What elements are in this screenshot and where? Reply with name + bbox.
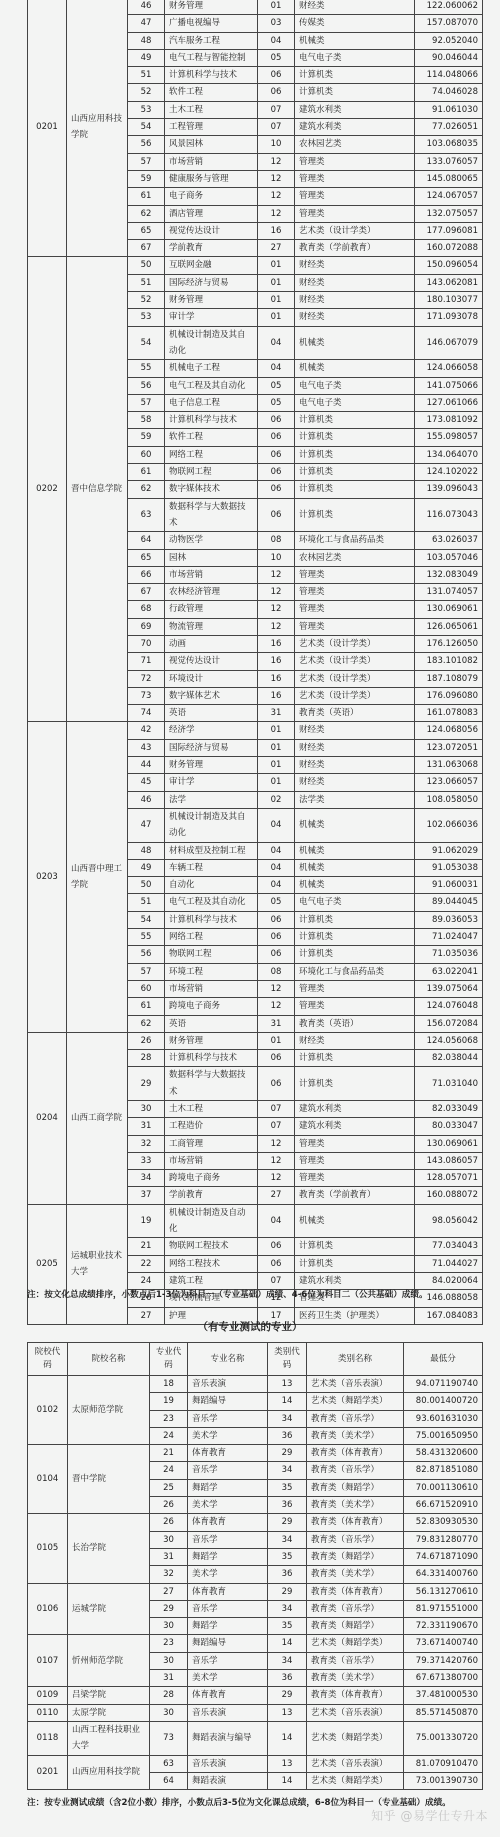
major-name: 动物医学	[165, 532, 258, 549]
min-score: 124.068056	[415, 722, 483, 739]
min-score: 145.080065	[415, 170, 483, 187]
category-name: 教育类（美术学）	[307, 1670, 404, 1687]
category-name: 教育类（体育教育）	[307, 1514, 404, 1531]
major-name: 体育教育	[188, 1445, 268, 1462]
category-code: 06	[258, 929, 295, 946]
category-code: 06	[258, 412, 295, 429]
major-code: 28	[128, 1050, 165, 1067]
table-note-general: 注：按文化总成绩排序，小数点后1-3位为科目一（专业基础）成绩、4-6位为科目二…	[27, 1288, 497, 1302]
min-score: 74.046028	[415, 84, 483, 101]
min-score: 132.083049	[415, 566, 483, 583]
min-score: 81.070910470	[404, 1755, 483, 1772]
min-score: 139.075064	[415, 980, 483, 997]
min-score: 98.056042	[415, 1204, 483, 1238]
category-name: 艺术类（设计学类）	[295, 653, 415, 670]
major-name: 经济学	[165, 722, 258, 739]
major-name: 美术学	[188, 1427, 268, 1444]
major-name: 市场营销	[165, 1152, 258, 1169]
category-name: 管理类	[295, 566, 415, 583]
category-code: 36	[268, 1427, 307, 1444]
major-code: 60	[128, 446, 165, 463]
major-name: 计算机科学与技术	[165, 911, 258, 928]
category-code: 01	[258, 757, 295, 774]
major-code: 71	[128, 653, 165, 670]
category-code: 04	[258, 1204, 295, 1238]
header-school-name: 院校名称	[68, 1343, 150, 1376]
major-name: 材料成型及控制工程	[165, 842, 258, 859]
category-name: 电气电子类	[295, 377, 415, 394]
min-score: 187.108079	[415, 670, 483, 687]
school-code: 0118	[28, 1721, 68, 1755]
min-score: 93.601631030	[404, 1410, 483, 1427]
header-min-score: 最低分	[404, 1343, 483, 1376]
school-name: 山西应用科技学院	[68, 1755, 150, 1790]
major-code: 24	[150, 1427, 188, 1444]
major-code: 28	[150, 1687, 188, 1704]
category-name: 教育类（音乐学）	[307, 1652, 404, 1669]
category-name: 计算机类	[295, 412, 415, 429]
min-score: 171.093078	[415, 309, 483, 326]
category-code: 12	[258, 205, 295, 222]
min-score: 80.033047	[415, 1118, 483, 1135]
category-code: 08	[258, 963, 295, 980]
major-code: 47	[128, 15, 165, 32]
major-name: 物联网工程	[165, 464, 258, 481]
category-code: 06	[258, 481, 295, 498]
category-name: 计算机类	[295, 929, 415, 946]
category-name: 教育类（舞蹈学）	[307, 1479, 404, 1496]
major-name: 网络工程	[165, 929, 258, 946]
major-name: 财务管理	[165, 1032, 258, 1049]
major-code: 26	[128, 1032, 165, 1049]
min-score: 71.035036	[415, 946, 483, 963]
category-name: 环境化工与食品药品类	[295, 532, 415, 549]
min-score: 161.078083	[415, 705, 483, 722]
min-score: 91.061030	[415, 101, 483, 118]
major-name: 体育教育	[188, 1687, 268, 1704]
category-code: 12	[258, 153, 295, 170]
major-code: 42	[128, 722, 165, 739]
min-score: 124.067057	[415, 188, 483, 205]
min-score: 72.331190670	[404, 1618, 483, 1635]
school-code: 0203	[28, 722, 67, 1032]
category-name: 计算机类	[295, 498, 415, 532]
major-name: 市场营销	[165, 153, 258, 170]
major-name: 音乐学	[188, 1652, 268, 1669]
major-name: 国际经济与贸易	[165, 274, 258, 291]
major-name: 跨境电子商务	[165, 998, 258, 1015]
major-code: 23	[150, 1410, 188, 1427]
category-name: 管理类	[295, 1135, 415, 1152]
major-code: 31	[150, 1548, 188, 1565]
major-code: 69	[128, 618, 165, 635]
school-name: 太原师范学院	[68, 1376, 150, 1445]
min-score: 82.033049	[415, 1101, 483, 1118]
table-row: 0204山西工商学院26财务管理01财经类124.056068	[28, 1032, 483, 1049]
major-code: 26	[150, 1514, 188, 1531]
min-score: 37.481000530	[404, 1687, 483, 1704]
category-name: 财经类	[295, 739, 415, 756]
major-code: 73	[128, 687, 165, 704]
major-code: 46	[128, 0, 165, 15]
school-name: 山西工程科技职业大学	[68, 1721, 150, 1755]
category-code: 06	[258, 446, 295, 463]
category-name: 艺术类（设计学类）	[295, 670, 415, 687]
major-name: 机械设计制造及其自动化	[165, 326, 258, 360]
category-code: 16	[258, 653, 295, 670]
min-score: 58.431320600	[404, 1445, 483, 1462]
min-score: 123.072051	[415, 739, 483, 756]
min-score: 91.062029	[415, 842, 483, 859]
category-code: 14	[268, 1635, 307, 1652]
category-name: 教育类（音乐学）	[307, 1531, 404, 1548]
category-name: 机械类	[295, 859, 415, 876]
min-score: 108.058050	[415, 791, 483, 808]
major-code: 70	[128, 635, 165, 652]
min-score: 126.065061	[415, 618, 483, 635]
major-name: 环境工程	[165, 963, 258, 980]
category-code: 12	[258, 618, 295, 635]
major-code: 52	[128, 84, 165, 101]
school-code: 0104	[28, 1445, 68, 1514]
major-code: 46	[128, 791, 165, 808]
min-score: 70.001130610	[404, 1479, 483, 1496]
category-code: 35	[268, 1618, 307, 1635]
category-code: 06	[258, 911, 295, 928]
min-score: 116.073043	[415, 498, 483, 532]
category-name: 教育类（音乐学）	[307, 1600, 404, 1617]
category-name: 计算机类	[295, 84, 415, 101]
major-name: 数字媒体艺术	[165, 687, 258, 704]
min-score: 146.067079	[415, 326, 483, 360]
category-code: 16	[258, 635, 295, 652]
major-name: 数字媒体技术	[165, 481, 258, 498]
major-code: 31	[150, 1670, 188, 1687]
category-name: 教育类（体育教育）	[307, 1445, 404, 1462]
major-name: 互联网金融	[165, 257, 258, 274]
category-name: 艺术类（舞蹈学类）	[307, 1772, 404, 1789]
school-code: 0106	[28, 1583, 68, 1635]
major-name: 美术学	[188, 1497, 268, 1514]
category-name: 财经类	[295, 757, 415, 774]
category-code: 01	[258, 274, 295, 291]
category-name: 管理类	[295, 618, 415, 635]
school-code: 0109	[28, 1687, 68, 1704]
min-score: 77.034043	[415, 1238, 483, 1255]
min-score: 81.971551000	[404, 1600, 483, 1617]
major-code: 63	[150, 1755, 188, 1772]
category-name: 艺术类（设计学类）	[295, 687, 415, 704]
major-code: 53	[128, 101, 165, 118]
category-name: 财经类	[295, 274, 415, 291]
min-score: 102.066036	[415, 808, 483, 842]
major-name: 法学	[165, 791, 258, 808]
major-code: 30	[128, 1101, 165, 1118]
school-name: 山西晋中理工学院	[67, 722, 128, 1032]
major-code: 64	[150, 1772, 188, 1789]
min-score: 52.830930530	[404, 1514, 483, 1531]
category-name: 艺术类（设计学类）	[295, 222, 415, 239]
category-code: 34	[268, 1652, 307, 1669]
category-code: 01	[258, 0, 295, 15]
min-score: 160.072088	[415, 240, 483, 257]
table-row: 0107忻州师范学院23舞蹈编导14艺术类（舞蹈学类）73.671400740	[28, 1635, 483, 1652]
category-code: 36	[268, 1670, 307, 1687]
category-name: 计算机类	[295, 911, 415, 928]
major-name: 舞蹈表演与编导	[188, 1721, 268, 1755]
major-name: 计算机科学与技术	[165, 412, 258, 429]
admission-scores-table-professional-test: 院校代码 院校名称 专业代码 专业名称 类别代码 类别名称 最低分 0102太原…	[27, 1342, 483, 1790]
category-code: 31	[258, 705, 295, 722]
major-code: 30	[150, 1652, 188, 1669]
major-name: 音乐表演	[188, 1704, 268, 1721]
major-name: 市场营销	[165, 980, 258, 997]
major-code: 43	[128, 739, 165, 756]
major-name: 财务管理	[165, 757, 258, 774]
min-score: 123.066057	[415, 774, 483, 791]
table-row: 0110太原学院30音乐表演13艺术类（音乐表演）85.571450870	[28, 1704, 483, 1721]
major-name: 舞蹈编导	[188, 1635, 268, 1652]
category-name: 财经类	[295, 257, 415, 274]
category-code: 36	[268, 1497, 307, 1514]
major-name: 工程造价	[165, 1118, 258, 1135]
major-name: 机械设计制造及自动化	[165, 1204, 258, 1238]
major-code: 55	[128, 360, 165, 377]
min-score: 85.571450870	[404, 1704, 483, 1721]
major-code: 21	[150, 1445, 188, 1462]
school-name: 太原学院	[68, 1704, 150, 1721]
min-score: 157.087070	[415, 15, 483, 32]
major-code: 44	[128, 757, 165, 774]
min-score: 103.057046	[415, 549, 483, 566]
category-name: 教育类（音乐学）	[307, 1462, 404, 1479]
category-name: 机械类	[295, 842, 415, 859]
category-code: 04	[258, 859, 295, 876]
major-code: 30	[150, 1704, 188, 1721]
min-score: 128.057071	[415, 1170, 483, 1187]
major-name: 自动化	[165, 877, 258, 894]
major-name: 软件工程	[165, 429, 258, 446]
category-name: 艺术类（舞蹈学类）	[307, 1393, 404, 1410]
table-row: 0118山西工程科技职业大学73舞蹈表演与编导14艺术类（舞蹈学类）75.001…	[28, 1721, 483, 1755]
major-name: 舞蹈学	[188, 1548, 268, 1565]
major-code: 59	[128, 429, 165, 446]
min-score: 114.048066	[415, 67, 483, 84]
min-score: 64.331400760	[404, 1566, 483, 1583]
min-score: 124.056068	[415, 1032, 483, 1049]
school-name: 晋中信息学院	[67, 257, 128, 722]
school-code: 0105	[28, 1514, 68, 1583]
major-code: 62	[128, 205, 165, 222]
category-name: 管理类	[295, 188, 415, 205]
major-name: 舞蹈学	[188, 1618, 268, 1635]
major-code: 26	[150, 1497, 188, 1514]
category-code: 14	[268, 1772, 307, 1789]
school-name: 山西应用科技学院	[67, 0, 128, 257]
category-code: 12	[258, 601, 295, 618]
major-name: 土木工程	[165, 101, 258, 118]
category-name: 电气电子类	[295, 894, 415, 911]
table-row: 0201山西应用科技学院46财务管理01财经类122.060062	[28, 0, 483, 15]
header-category-name: 类别名称	[307, 1343, 404, 1376]
major-name: 电气工程及其自动化	[165, 377, 258, 394]
category-code: 06	[258, 1050, 295, 1067]
major-code: 30	[150, 1618, 188, 1635]
major-name: 舞蹈编导	[188, 1393, 268, 1410]
school-name: 运城学院	[68, 1583, 150, 1635]
category-name: 农林园艺类	[295, 136, 415, 153]
min-score: 139.096043	[415, 481, 483, 498]
category-name: 环境化工与食品药品类	[295, 963, 415, 980]
min-score: 176.096080	[415, 687, 483, 704]
school-name: 吕梁学院	[68, 1687, 150, 1704]
major-name: 音乐学	[188, 1600, 268, 1617]
category-code: 04	[258, 842, 295, 859]
category-code: 13	[268, 1376, 307, 1393]
category-code: 29	[268, 1514, 307, 1531]
min-score: 130.069061	[415, 1135, 483, 1152]
category-code: 14	[268, 1393, 307, 1410]
major-code: 49	[128, 49, 165, 66]
major-code: 50	[128, 257, 165, 274]
school-code: 0205	[28, 1204, 67, 1324]
major-name: 舞蹈表演	[188, 1772, 268, 1789]
category-code: 01	[258, 309, 295, 326]
category-code: 16	[258, 670, 295, 687]
min-score: 150.096054	[415, 257, 483, 274]
major-name: 英语	[165, 1015, 258, 1032]
category-code: 12	[258, 1152, 295, 1169]
min-score: 89.036053	[415, 911, 483, 928]
category-code: 06	[258, 498, 295, 532]
major-code: 59	[128, 170, 165, 187]
category-code: 12	[258, 980, 295, 997]
major-code: 48	[128, 32, 165, 49]
major-code: 60	[128, 980, 165, 997]
min-score: 73.001390730	[404, 1772, 483, 1789]
major-name: 体育教育	[188, 1514, 268, 1531]
category-code: 01	[258, 722, 295, 739]
major-code: 62	[128, 1015, 165, 1032]
school-name: 长治学院	[68, 1514, 150, 1583]
major-code: 62	[128, 481, 165, 498]
major-code: 63	[128, 498, 165, 532]
major-name: 电气工程及其自动化	[165, 894, 258, 911]
school-name: 山西工商学院	[67, 1032, 128, 1204]
category-name: 计算机类	[295, 946, 415, 963]
major-code: 34	[128, 1170, 165, 1187]
table-row: 0106运城学院27体育教育29教育类（体育教育）56.131270610	[28, 1583, 483, 1600]
major-code: 25	[150, 1479, 188, 1496]
school-code: 0102	[28, 1376, 68, 1445]
table-row: 0102太原师范学院18音乐表演13艺术类（音乐表演）94.071190740	[28, 1376, 483, 1393]
category-code: 16	[258, 222, 295, 239]
major-name: 体育教育	[188, 1583, 268, 1600]
min-score: 156.072084	[415, 1015, 483, 1032]
category-name: 电气电子类	[295, 394, 415, 411]
category-name: 机械类	[295, 360, 415, 377]
category-code: 05	[258, 377, 295, 394]
category-code: 08	[258, 532, 295, 549]
min-score: 176.126050	[415, 635, 483, 652]
category-code: 06	[258, 1238, 295, 1255]
category-code: 01	[258, 257, 295, 274]
school-code: 0202	[28, 257, 67, 722]
major-code: 49	[128, 859, 165, 876]
table-row: 0109吕梁学院28体育教育29教育类（体育教育）37.481000530	[28, 1687, 483, 1704]
min-score: 177.096081	[415, 222, 483, 239]
category-code: 16	[258, 687, 295, 704]
category-code: 07	[258, 119, 295, 136]
category-code: 36	[268, 1566, 307, 1583]
category-name: 艺术类（舞蹈学类）	[307, 1721, 404, 1755]
category-name: 传媒类	[295, 15, 415, 32]
category-name: 教育类（体育教育）	[307, 1583, 404, 1600]
category-name: 教育类（英语）	[295, 705, 415, 722]
category-code: 12	[258, 170, 295, 187]
major-code: 54	[128, 911, 165, 928]
major-name: 音乐学	[188, 1531, 268, 1548]
table-row: 0104晋中学院21体育教育29教育类（体育教育）58.431320600	[28, 1445, 483, 1462]
category-name: 艺术类（音乐表演）	[307, 1755, 404, 1772]
category-name: 财经类	[295, 309, 415, 326]
major-code: 64	[128, 532, 165, 549]
major-code: 66	[128, 566, 165, 583]
major-code: 24	[150, 1462, 188, 1479]
major-code: 57	[128, 153, 165, 170]
category-code: 10	[258, 136, 295, 153]
major-code: 54	[128, 119, 165, 136]
category-code: 05	[258, 394, 295, 411]
major-code: 51	[128, 894, 165, 911]
major-name: 美术学	[188, 1566, 268, 1583]
category-code: 04	[258, 32, 295, 49]
school-name: 忻州师范学院	[68, 1635, 150, 1687]
major-name: 广播电视编导	[165, 15, 258, 32]
category-code: 06	[258, 464, 295, 481]
min-score: 160.088072	[415, 1187, 483, 1204]
category-code: 06	[258, 1255, 295, 1272]
major-name: 行政管理	[165, 601, 258, 618]
major-name: 网络工程	[165, 446, 258, 463]
min-score: 134.064070	[415, 446, 483, 463]
major-name: 审计学	[165, 774, 258, 791]
major-name: 财务管理	[165, 0, 258, 15]
major-name: 视觉传达设计	[165, 653, 258, 670]
admission-scores-table-general: 0201山西应用科技学院46财务管理01财经类122.06006247广播电视编…	[27, 0, 483, 1325]
category-name: 机械类	[295, 877, 415, 894]
category-name: 管理类	[295, 998, 415, 1015]
school-code: 0201	[28, 0, 67, 257]
major-name: 音乐学	[188, 1462, 268, 1479]
category-code: 12	[258, 998, 295, 1015]
category-name: 管理类	[295, 170, 415, 187]
category-code: 29	[268, 1687, 307, 1704]
min-score: 80.001400720	[404, 1393, 483, 1410]
major-name: 风景园林	[165, 136, 258, 153]
category-name: 财经类	[295, 292, 415, 309]
major-code: 51	[128, 67, 165, 84]
category-name: 财经类	[295, 1032, 415, 1049]
category-name: 艺术类（舞蹈学类）	[307, 1635, 404, 1652]
major-name: 环境设计	[165, 670, 258, 687]
min-score: 122.060062	[415, 0, 483, 15]
school-name: 晋中学院	[68, 1445, 150, 1514]
major-name: 财务管理	[165, 292, 258, 309]
table-row: 0105长治学院26体育教育29教育类（体育教育）52.830930530	[28, 1514, 483, 1531]
major-code: 57	[128, 963, 165, 980]
major-code: 65	[128, 549, 165, 566]
